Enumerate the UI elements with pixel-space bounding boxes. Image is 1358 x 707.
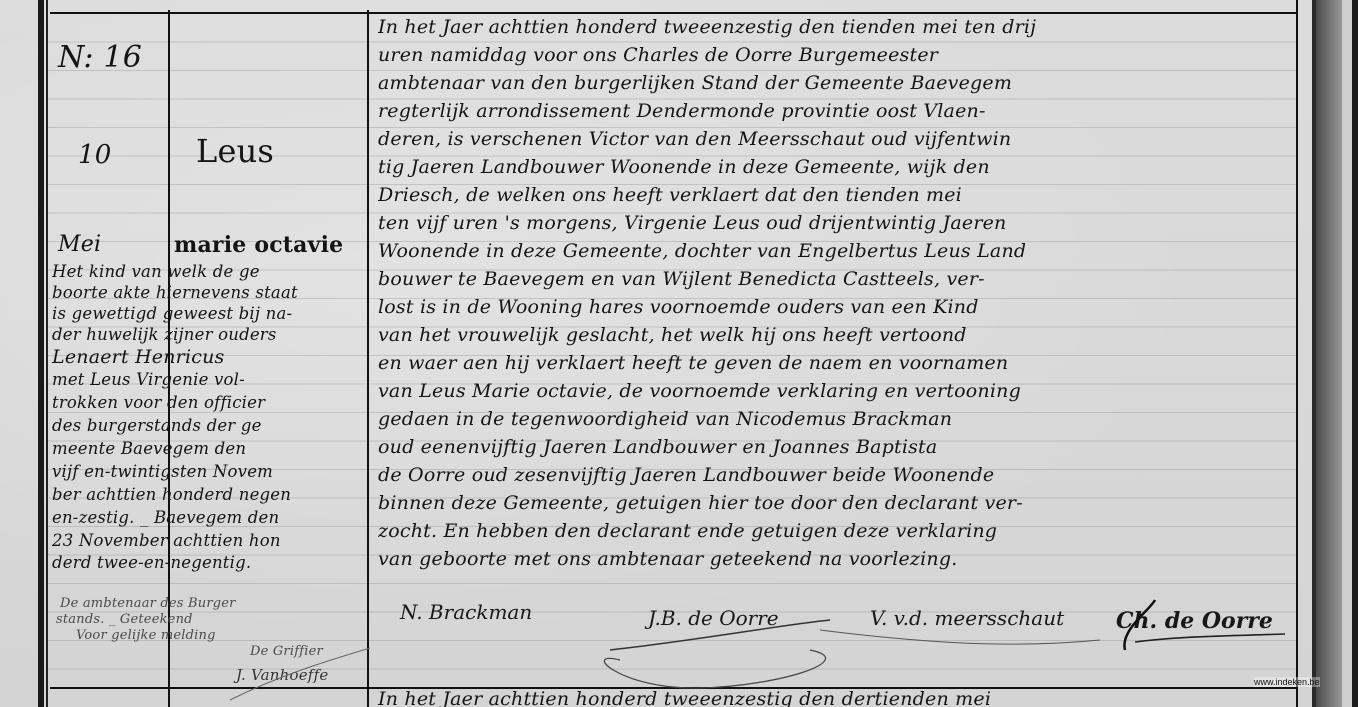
entry-top-rule: [50, 12, 1298, 14]
entry-number: N: 16: [58, 40, 142, 75]
body-line: van geboorte met ons ambtenaar geteekend…: [378, 548, 1293, 570]
margin-note: De ambtenaar des Burger: [60, 596, 236, 611]
margin-line: boorte akte hiernevens staat: [52, 283, 364, 302]
body-line: gedaen in de tegenwoordigheid van Nicode…: [378, 408, 1293, 430]
body-line: lost is in de Wooning hares voornoemde o…: [378, 296, 1293, 318]
margin-note: Voor gelijke melding: [76, 628, 216, 643]
clerk-signature: J. Vanhoeffe: [236, 666, 328, 684]
signature-mayor: Ch. de Oorre: [1116, 608, 1273, 634]
body-line: ten vijf uren 's morgens, Virgenie Leus …: [378, 212, 1293, 234]
margin-line: derd twee-en-negentig.: [52, 553, 364, 572]
entry-surname: Leus: [196, 132, 274, 170]
binding-paper: [1342, 0, 1352, 707]
margin-line: trokken voor den officier: [52, 393, 364, 412]
body-line: binnen deze Gemeente, getuigen hier toe …: [378, 492, 1293, 514]
signature-witness-2: J.B. de Oorre: [648, 606, 779, 630]
binding-shadow: [1316, 0, 1342, 707]
signature-declarant: V. v.d. meersschaut: [870, 606, 1064, 630]
margin-rule-thin: [46, 0, 48, 707]
body-line: uren namiddag voor ons Charles de Oorre …: [378, 44, 1293, 66]
margin-line: vijf en-twintigsten Novem: [52, 462, 364, 481]
body-line: ambtenaar van den burgerlijken Stand der…: [378, 72, 1293, 94]
body-line: oud eenenvijftig Jaeren Landbouwer en Jo…: [378, 436, 1293, 458]
body-line: tig Jaeren Landbouwer Woonende in deze G…: [378, 156, 1293, 178]
column-divider-body-right: [1296, 0, 1298, 707]
body-line: deren, is verschenen Victor van den Meer…: [378, 128, 1293, 150]
margin-line: der huwelijk zijner ouders: [52, 325, 364, 344]
margin-line: is gewettigd geweest bij na-: [52, 304, 364, 323]
margin-line: Lenaert Henricus: [52, 346, 364, 368]
entry-given-names: marie octavie: [174, 232, 343, 258]
body-line: Driesch, de welken ons heeft verklaert d…: [378, 184, 1293, 206]
body-line: de Oorre oud zesenvijftig Jaeren Landbou…: [378, 464, 1293, 486]
binding-outer-edge: [1352, 0, 1358, 707]
column-divider-name: [367, 10, 369, 707]
body-line: van het vrouwelijk geslacht, het welk hi…: [378, 324, 1293, 346]
body-line: bouwer te Baevegem en van Wijlent Benedi…: [378, 268, 1293, 290]
margin-note: stands. _ Geteekend: [56, 612, 193, 627]
margin-rule-thick: [38, 0, 44, 707]
watermark: www.indeken.be: [1254, 677, 1320, 687]
signature-witness-1: N. Brackman: [400, 600, 532, 624]
entry-day: 10: [78, 140, 111, 170]
body-line: van Leus Marie octavie, de voornoemde ve…: [378, 380, 1293, 402]
body-line: In het Jaer achttien honderd tweeenzesti…: [378, 16, 1293, 38]
body-line: en waer aen hij verklaert heeft te geven…: [378, 352, 1293, 374]
body-line: Woonende in deze Gemeente, dochter van E…: [378, 240, 1293, 262]
margin-line: ber achttien honderd negen: [52, 485, 364, 504]
body-line: regterlijk arrondissement Dendermonde pr…: [378, 100, 1293, 122]
margin-line: met Leus Virgenie vol-: [52, 370, 364, 389]
margin-line: 23 November achttien hon: [52, 531, 364, 550]
register-page: N: 16 10 Leus Mei marie octavie Het kind…: [0, 0, 1358, 707]
margin-line: des burgerstands der ge: [52, 416, 364, 435]
margin-note: De Griffier: [250, 644, 323, 659]
margin-line: meente Baevegem den: [52, 439, 364, 458]
next-entry-partial: In het Jaer achttien honderd tweeenzesti…: [378, 688, 1293, 707]
entry-month: Mei: [58, 232, 101, 257]
margin-line: en-zestig. _ Baevegem den: [52, 508, 364, 527]
margin-line: Het kind van welk de ge: [52, 262, 364, 281]
body-line: zocht. En hebben den declarant ende getu…: [378, 520, 1293, 542]
